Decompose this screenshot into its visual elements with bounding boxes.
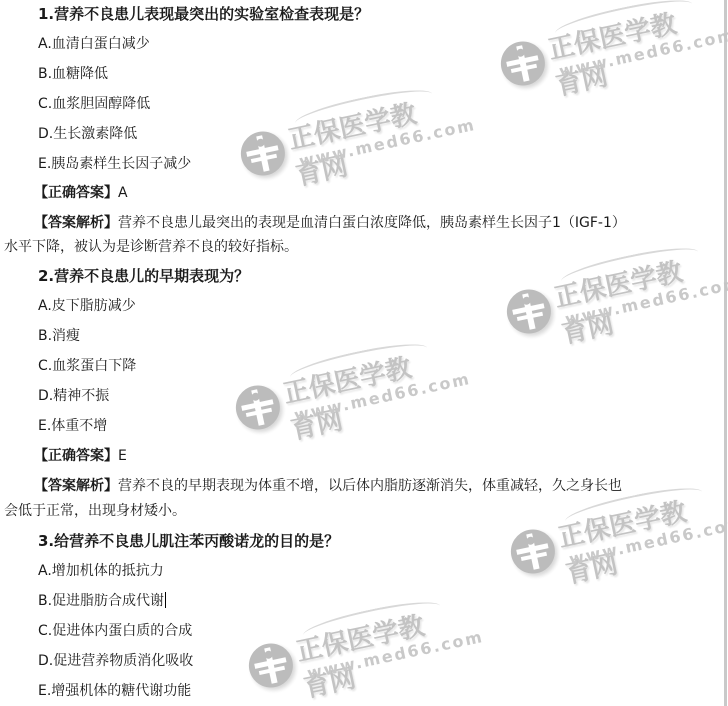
- watermark-logo-icon: [497, 37, 549, 89]
- explanation-text: 营养不良患儿最突出的表现是血清白蛋白浓度降低，胰岛素样生长因子1（IGF-1）: [118, 215, 626, 231]
- watermark: 正保医学教育网 www.med66.com: [505, 483, 715, 593]
- correct-answer: 【正确答案】E: [34, 446, 127, 466]
- watermark-brand: 正保医学教育网: [544, 0, 706, 103]
- option-a: A.血清白蛋白减少: [38, 34, 150, 54]
- watermark-arc: [288, 337, 430, 388]
- correct-answer: 【正确答案】A: [34, 183, 128, 203]
- watermark-logo-icon: [507, 525, 559, 577]
- option-e: E.胰岛素样生长因子减少: [38, 154, 191, 174]
- watermark-url: www.med66.com: [305, 627, 485, 683]
- option-e: E.体重不增: [38, 416, 107, 436]
- question-title: 2.营养不良患儿的早期表现为？: [38, 266, 249, 286]
- watermark-brand: 正保医学教育网: [550, 247, 712, 351]
- watermark: 正保医学教育网 www.med66.com: [495, 0, 705, 105]
- correct-answer-value: A: [118, 185, 128, 201]
- correct-answer-label: 【正确答案】: [34, 448, 118, 464]
- watermark-url: www.med66.com: [297, 115, 477, 171]
- option-e: E.增强机体的糖代谢功能: [38, 681, 191, 701]
- question-title: 1.营养不良患儿表现最突出的实验室检查表现是？: [38, 4, 369, 24]
- watermark-logo-icon: [232, 381, 284, 433]
- watermark-brand: 正保医学教育网: [554, 487, 716, 591]
- watermark-brand: 正保医学教育网: [292, 601, 454, 705]
- correct-answer-label: 【正确答案】: [34, 185, 118, 201]
- option-d: D.精神不振: [38, 386, 109, 406]
- watermark-brand: 正保医学教育网: [284, 89, 446, 193]
- watermark-arc: [293, 83, 435, 134]
- text-cursor: [165, 592, 166, 608]
- watermark-url: www.med66.com: [567, 513, 728, 569]
- question-title: 3.给营养不良患儿肌注苯丙酸诺龙的目的是？: [38, 531, 339, 551]
- option-a: A.皮下脂肪减少: [38, 296, 136, 316]
- explanation-label: 【答案解析】: [34, 478, 118, 494]
- watermark-url: www.med66.com: [292, 369, 472, 425]
- watermark-arc: [301, 595, 443, 646]
- explanation-continued: 会低于正常，出现身材矮小。: [4, 501, 186, 521]
- watermark-url: www.med66.com: [563, 273, 728, 329]
- option-b: B.血糖降低: [38, 64, 108, 84]
- explanation-label: 【答案解析】: [34, 215, 118, 231]
- watermark-arc: [559, 241, 701, 292]
- watermark-url: www.med66.com: [557, 25, 728, 81]
- watermark: 正保医学教育网 www.med66.com: [230, 339, 440, 449]
- option-a: A.增加机体的抵抗力: [38, 561, 164, 581]
- option-c: C.促进体内蛋白质的合成: [38, 621, 192, 641]
- document-page: 正保医学教育网 www.med66.com 正保医学教育网 www.med66.…: [0, 0, 727, 706]
- explanation: 【答案解析】营养不良患儿最突出的表现是血清白蛋白浓度降低，胰岛素样生长因子1（I…: [34, 213, 626, 233]
- explanation-text: 营养不良的早期表现为体重不增，以后体内脂肪逐渐消失，体重减轻，久之身长也: [118, 478, 622, 494]
- watermark: 正保医学教育网 www.med66.com: [235, 85, 445, 195]
- explanation: 【答案解析】营养不良的早期表现为体重不增，以后体内脂肪逐渐消失，体重减轻，久之身…: [34, 476, 622, 496]
- watermark-logo-icon: [245, 639, 297, 691]
- explanation-continued: 水平下降，被认为是诊断营养不良的较好指标。: [4, 237, 298, 257]
- option-b-text: B.促进脂肪合成代谢: [38, 593, 164, 609]
- option-d: D.促进营养物质消化吸收: [38, 651, 193, 671]
- option-c: C.血浆蛋白下降: [38, 356, 136, 376]
- watermark: 正保医学教育网 www.med66.com: [243, 597, 453, 706]
- watermark-logo-icon: [237, 127, 289, 179]
- watermark-arc: [553, 0, 695, 44]
- watermark: 正保医学教育网 www.med66.com: [501, 243, 711, 353]
- option-b: B.消瘦: [38, 326, 80, 346]
- option-d: D.生长激素降低: [38, 124, 137, 144]
- correct-answer-value: E: [118, 448, 127, 464]
- option-b: B.促进脂肪合成代谢: [38, 591, 166, 611]
- watermark-brand: 正保医学教育网: [279, 343, 441, 447]
- watermark-logo-icon: [503, 285, 555, 337]
- option-c: C.血浆胆固醇降低: [38, 94, 150, 114]
